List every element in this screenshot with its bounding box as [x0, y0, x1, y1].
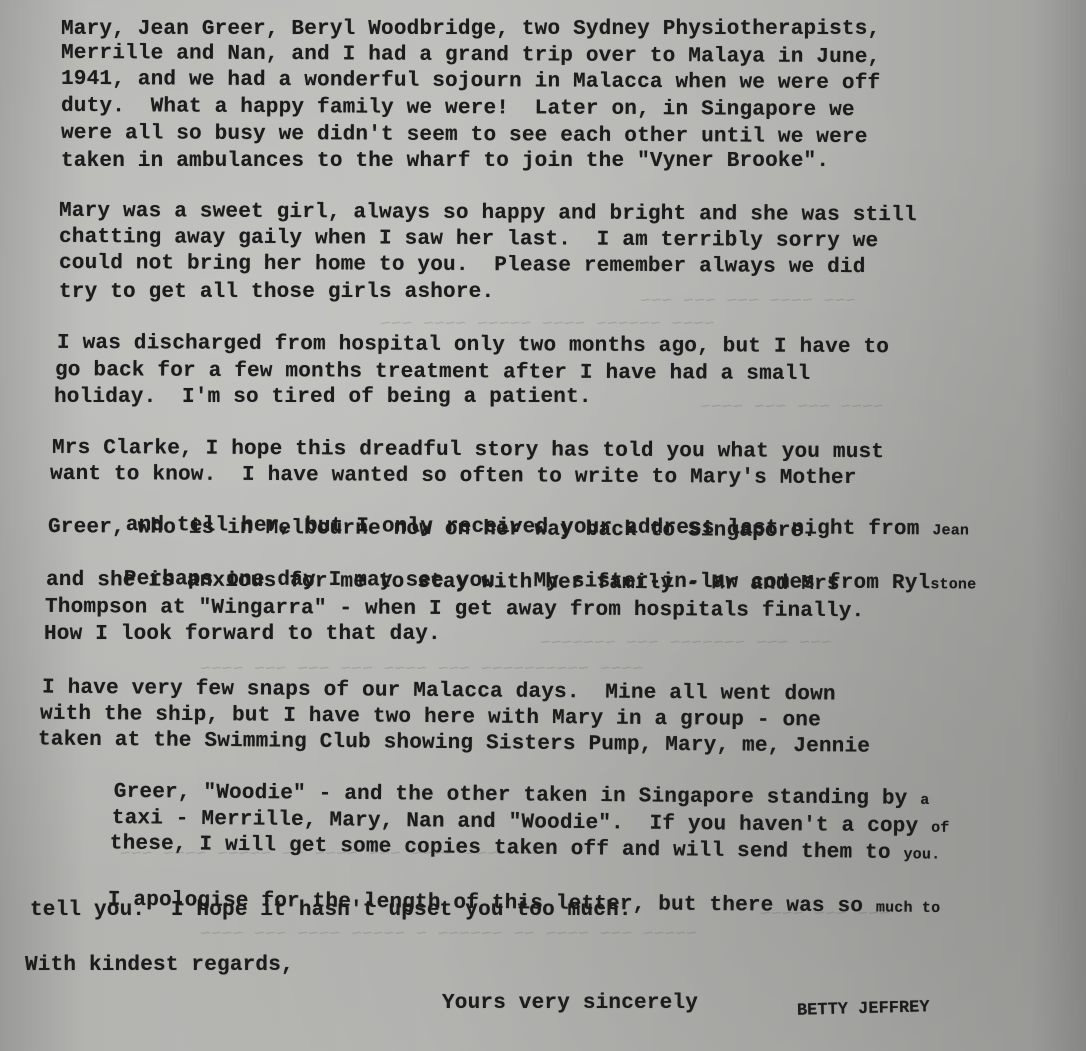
letter-line: Merrille and Nan, and I had a grand trip… — [61, 41, 880, 70]
letter-line: were all so busy we didn't seem to see e… — [61, 121, 868, 150]
letter-valediction: Yours very sincerely — [442, 991, 698, 1016]
scanned-letter-page: ~~~ ~~~~ ~~~ ~~~ ~~~ ~~~~ ~~~~~~ ~~~~ ~~… — [0, 0, 1086, 1051]
letter-line: chatting away gaily when I saw her last.… — [59, 225, 878, 254]
letter-line-tail: much to — [876, 899, 941, 917]
letter-line: holiday. I'm so tired of being a patient… — [54, 385, 592, 410]
letter-signature: BETTY JEFFREY — [797, 995, 930, 1023]
letter-line: duty. What a happy family we were! Later… — [61, 94, 855, 123]
letter-line-text: these, I will get some copies taken off … — [110, 832, 891, 865]
letter-line: and she is anxious for me to stay with h… — [46, 568, 840, 597]
letter-line: tell you. I hope it hasn't upset you too… — [30, 898, 632, 923]
letter-line: could not bring her home to you. Please … — [59, 251, 866, 280]
letter-line: Thompson at "Wingarra" - when I get away… — [45, 595, 864, 624]
letter-line-tail: you. — [903, 846, 940, 863]
letter-line: Mary, Jean Greer, Beryl Woodbridge, two … — [61, 17, 880, 42]
letter-line: How I look forward to that day. — [44, 622, 441, 647]
letter-line: try to get all those girls ashore. — [59, 280, 494, 305]
letter-line: Greer, who is in Melbourne now on her wa… — [48, 515, 816, 544]
letter-line: 1941, and we had a wonderful sojourn in … — [61, 67, 880, 96]
letter-body: Mary, Jean Greer, Beryl Woodbridge, two … — [0, 0, 1086, 1051]
letter-line-tail: stone — [930, 576, 976, 593]
letter-line-tail: Jean — [932, 522, 969, 539]
letter-line: Mary was a sweet girl, always so happy a… — [59, 199, 917, 228]
letter-closing: With kindest regards, — [25, 953, 294, 978]
letter-line: taken in ambulances to the wharf to join… — [61, 149, 829, 174]
letter-line: want to know. I have wanted so often to … — [50, 462, 857, 491]
letter-line: go back for a few months treatment after… — [55, 358, 810, 387]
letter-line: Mrs Clarke, I hope this dreadful story h… — [52, 436, 884, 465]
letter-line: I was discharged from hospital only two … — [57, 331, 889, 360]
